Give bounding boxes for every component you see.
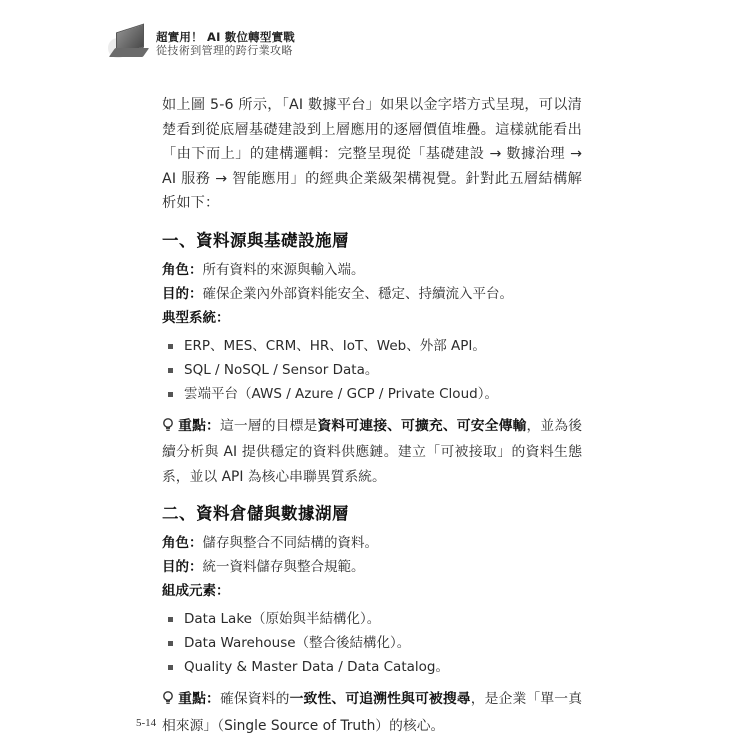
tip-paragraph: 重點：確保資料的一致性、可追溯性與可被搜尋，是企業「單一真相來源」（Single…	[162, 687, 582, 738]
running-header: 超實用！ AI 數位轉型實戰 從技術到管理的跨行業攻略	[108, 24, 295, 64]
square-bullet-icon	[168, 392, 173, 397]
list-label: 組成元素：	[162, 579, 582, 603]
tip-text: 確保資料的	[220, 691, 290, 707]
purpose-label: 目的：	[162, 286, 203, 302]
tip-label: 重點：	[178, 691, 220, 707]
role-line: 角色：儲存與整合不同結構的資料。	[162, 531, 582, 555]
list-item: ERP、MES、CRM、HR、IoT、Web、外部 API。	[162, 334, 582, 358]
purpose-text: 確保企業內外部資料能安全、穩定、持續流入平台。	[203, 286, 514, 302]
list-item-text: 雲端平台（AWS / Azure / GCP / Private Cloud）。	[184, 386, 498, 402]
list-item: 雲端平台（AWS / Azure / GCP / Private Cloud）。	[162, 382, 582, 406]
tip-paragraph: 重點：這一層的目標是資料可連接、可擴充、可安全傳輸，並為後續分析與 AI 提供穩…	[162, 414, 582, 490]
list-item: Quality & Master Data / Data Catalog。	[162, 655, 582, 679]
square-bullet-icon	[168, 617, 173, 622]
list-item: Data Warehouse（整合後結構化）。	[162, 631, 582, 655]
square-bullet-icon	[168, 665, 173, 670]
intro-paragraph: 如上圖 5-6 所示，「AI 數據平台」如果以金字塔方式呈現，可以清楚看到從底層…	[162, 93, 582, 216]
square-bullet-icon	[168, 344, 173, 349]
list-item: Data Lake（原始與半結構化）。	[162, 607, 582, 631]
list-item-text: Quality & Master Data / Data Catalog。	[184, 659, 449, 675]
bullet-list: ERP、MES、CRM、HR、IoT、Web、外部 API。 SQL / NoS…	[162, 334, 582, 406]
purpose-line: 目的：統一資料儲存與整合規範。	[162, 555, 582, 579]
section-data-warehouse: 二、資料倉儲與數據湖層 角色：儲存與整合不同結構的資料。 目的：統一資料儲存與整…	[162, 501, 582, 738]
role-line: 角色：所有資料的來源與輸入端。	[162, 258, 582, 282]
list-item-text: Data Lake（原始與半結構化）。	[184, 611, 380, 627]
list-label: 典型系統：	[162, 306, 582, 330]
page-number: 5-14	[136, 717, 156, 729]
book-title: 超實用！ AI 數位轉型實戰	[156, 30, 295, 44]
page-body: 如上圖 5-6 所示，「AI 數據平台」如果以金字塔方式呈現，可以清楚看到從底層…	[162, 93, 582, 738]
list-label-text: 典型系統：	[162, 310, 230, 326]
role-text: 儲存與整合不同結構的資料。	[203, 535, 379, 551]
role-label: 角色：	[162, 262, 203, 278]
square-bullet-icon	[168, 368, 173, 373]
book-subtitle: 從技術到管理的跨行業攻略	[156, 44, 295, 58]
lightbulb-icon	[162, 416, 178, 441]
role-text: 所有資料的來源與輸入端。	[203, 262, 365, 278]
tip-text: 這一層的目標是	[220, 418, 318, 434]
section-heading: 二、資料倉儲與數據湖層	[162, 501, 582, 527]
list-item-text: SQL / NoSQL / Sensor Data。	[184, 362, 378, 378]
tip-label: 重點：	[178, 418, 220, 434]
section-data-source: 一、資料源與基礎設施層 角色：所有資料的來源與輸入端。 目的：確保企業內外部資料…	[162, 228, 582, 490]
list-item: SQL / NoSQL / Sensor Data。	[162, 358, 582, 382]
tip-emphasis: 資料可連接、可擴充、可安全傳輸	[317, 418, 526, 434]
square-bullet-icon	[168, 641, 173, 646]
list-label-text: 組成元素：	[162, 583, 230, 599]
list-item-text: Data Warehouse（整合後結構化）。	[184, 635, 410, 651]
purpose-label: 目的：	[162, 559, 203, 575]
bullet-list: Data Lake（原始與半結構化）。 Data Warehouse（整合後結構…	[162, 607, 582, 679]
purpose-line: 目的：確保企業內外部資料能安全、穩定、持續流入平台。	[162, 282, 582, 306]
purpose-text: 統一資料儲存與整合規範。	[203, 559, 365, 575]
list-item-text: ERP、MES、CRM、HR、IoT、Web、外部 API。	[184, 338, 486, 354]
lightbulb-icon	[162, 689, 178, 714]
laptop-illustration-icon	[108, 24, 152, 64]
role-label: 角色：	[162, 535, 203, 551]
section-heading: 一、資料源與基礎設施層	[162, 228, 582, 254]
tip-emphasis: 一致性、可追溯性與可被搜尋	[290, 691, 471, 707]
